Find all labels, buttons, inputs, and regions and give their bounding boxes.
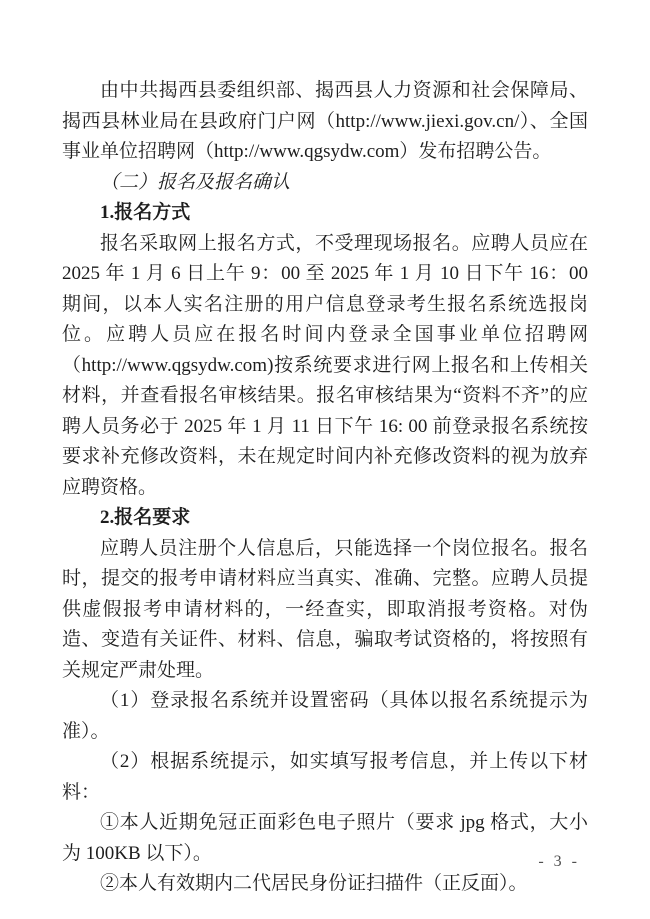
step-2-fill-info-item: （2）根据系统提示，如实填写报考信息，并上传以下材料： [62,747,588,808]
registration-method-paragraph: 报名采取网上报名方式，不受理现场报名。应聘人员应在 2025 年 1 月 6 日… [62,229,588,504]
step-1-login-item: （1）登录报名系统并设置密码（具体以报名系统提示为准）。 [62,686,588,747]
material-1-photo-item: ①本人近期免冠正面彩色电子照片（要求 jpg 格式，大小为 100KB 以下）。 [62,808,588,869]
document-body: 由中共揭西县委组织部、揭西县人力资源和社会保障局、揭西县林业局在县政府门户网（h… [62,76,588,900]
heading-registration-requirements: 2.报名要求 [62,503,588,534]
heading-registration-method: 1.报名方式 [62,198,588,229]
registration-requirements-paragraph: 应聘人员注册个人信息后，只能选择一个岗位报名。报名时，提交的报考申请材料应当真实… [62,534,588,687]
document-page: 由中共揭西县委组织部、揭西县人力资源和社会保障局、揭西县林业局在县政府门户网（h… [0,0,650,919]
publish-channels-paragraph: 由中共揭西县委组织部、揭西县人力资源和社会保障局、揭西县林业局在县政府门户网（h… [62,76,588,168]
page-number: - 3 - [538,853,580,871]
section-heading-registration: （二）报名及报名确认 [62,168,588,199]
material-2-idcard-item: ②本人有效期内二代居民身份证扫描件（正反面）。 [62,869,588,900]
